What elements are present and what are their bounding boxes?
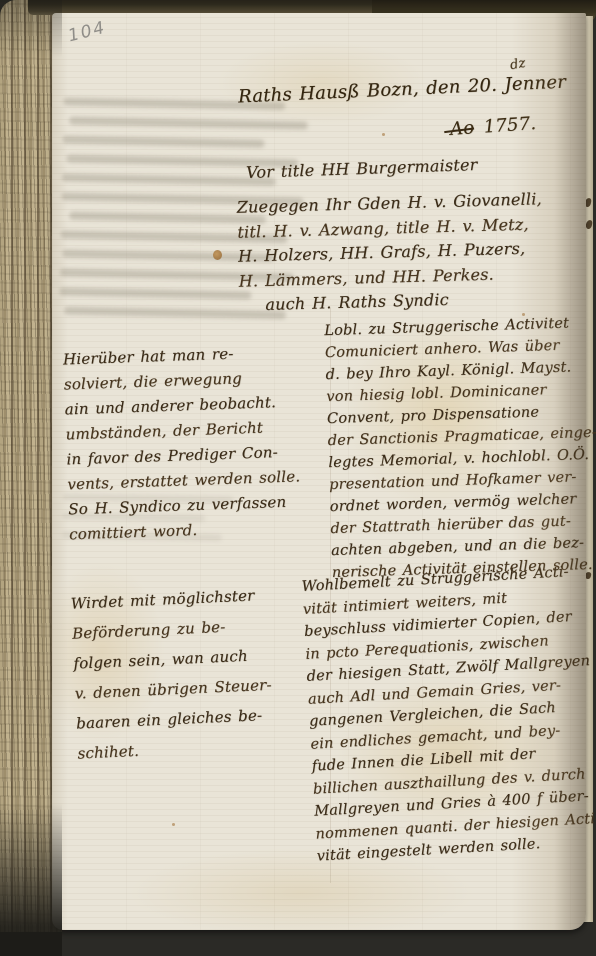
ink-mark [585, 219, 593, 229]
entry-text-1: Lobl. zu Struggerische ActivitetComunici… [324, 312, 594, 584]
heading-year: Ao 1757. [447, 113, 536, 140]
ink-stain-spot [213, 250, 222, 260]
binding-bottom-shadow [0, 0, 62, 956]
paper-speck [382, 133, 385, 136]
paper-speck [172, 823, 175, 826]
struck-text: Ao [447, 117, 477, 140]
page-number: 104 [66, 18, 108, 47]
entry-text-2: Wohlbemelt zu Struggerische Acti-vität i… [301, 560, 596, 868]
year-text: 1757. [483, 113, 537, 138]
heading-flourish: dz [509, 56, 527, 73]
margin-resolution-note-1: Hierüber hat man re-solviert, die erwegu… [63, 339, 326, 548]
heading-place-date: Raths Hausß Bozn, den 20. Jenner [238, 72, 569, 108]
manuscript-scan: 104 dz Raths Hausß Bozn, den 20. Jenner … [0, 0, 596, 956]
manuscript-page: 104 dz Raths Hausß Bozn, den 20. Jenner … [52, 13, 586, 930]
attendance-list: Zuegegen Ihr Gden H. v. Giovanelli,titl.… [236, 186, 579, 318]
margin-resolution-note-2: Wirdet mit möglichsterBeförderung zu be-… [70, 577, 328, 768]
